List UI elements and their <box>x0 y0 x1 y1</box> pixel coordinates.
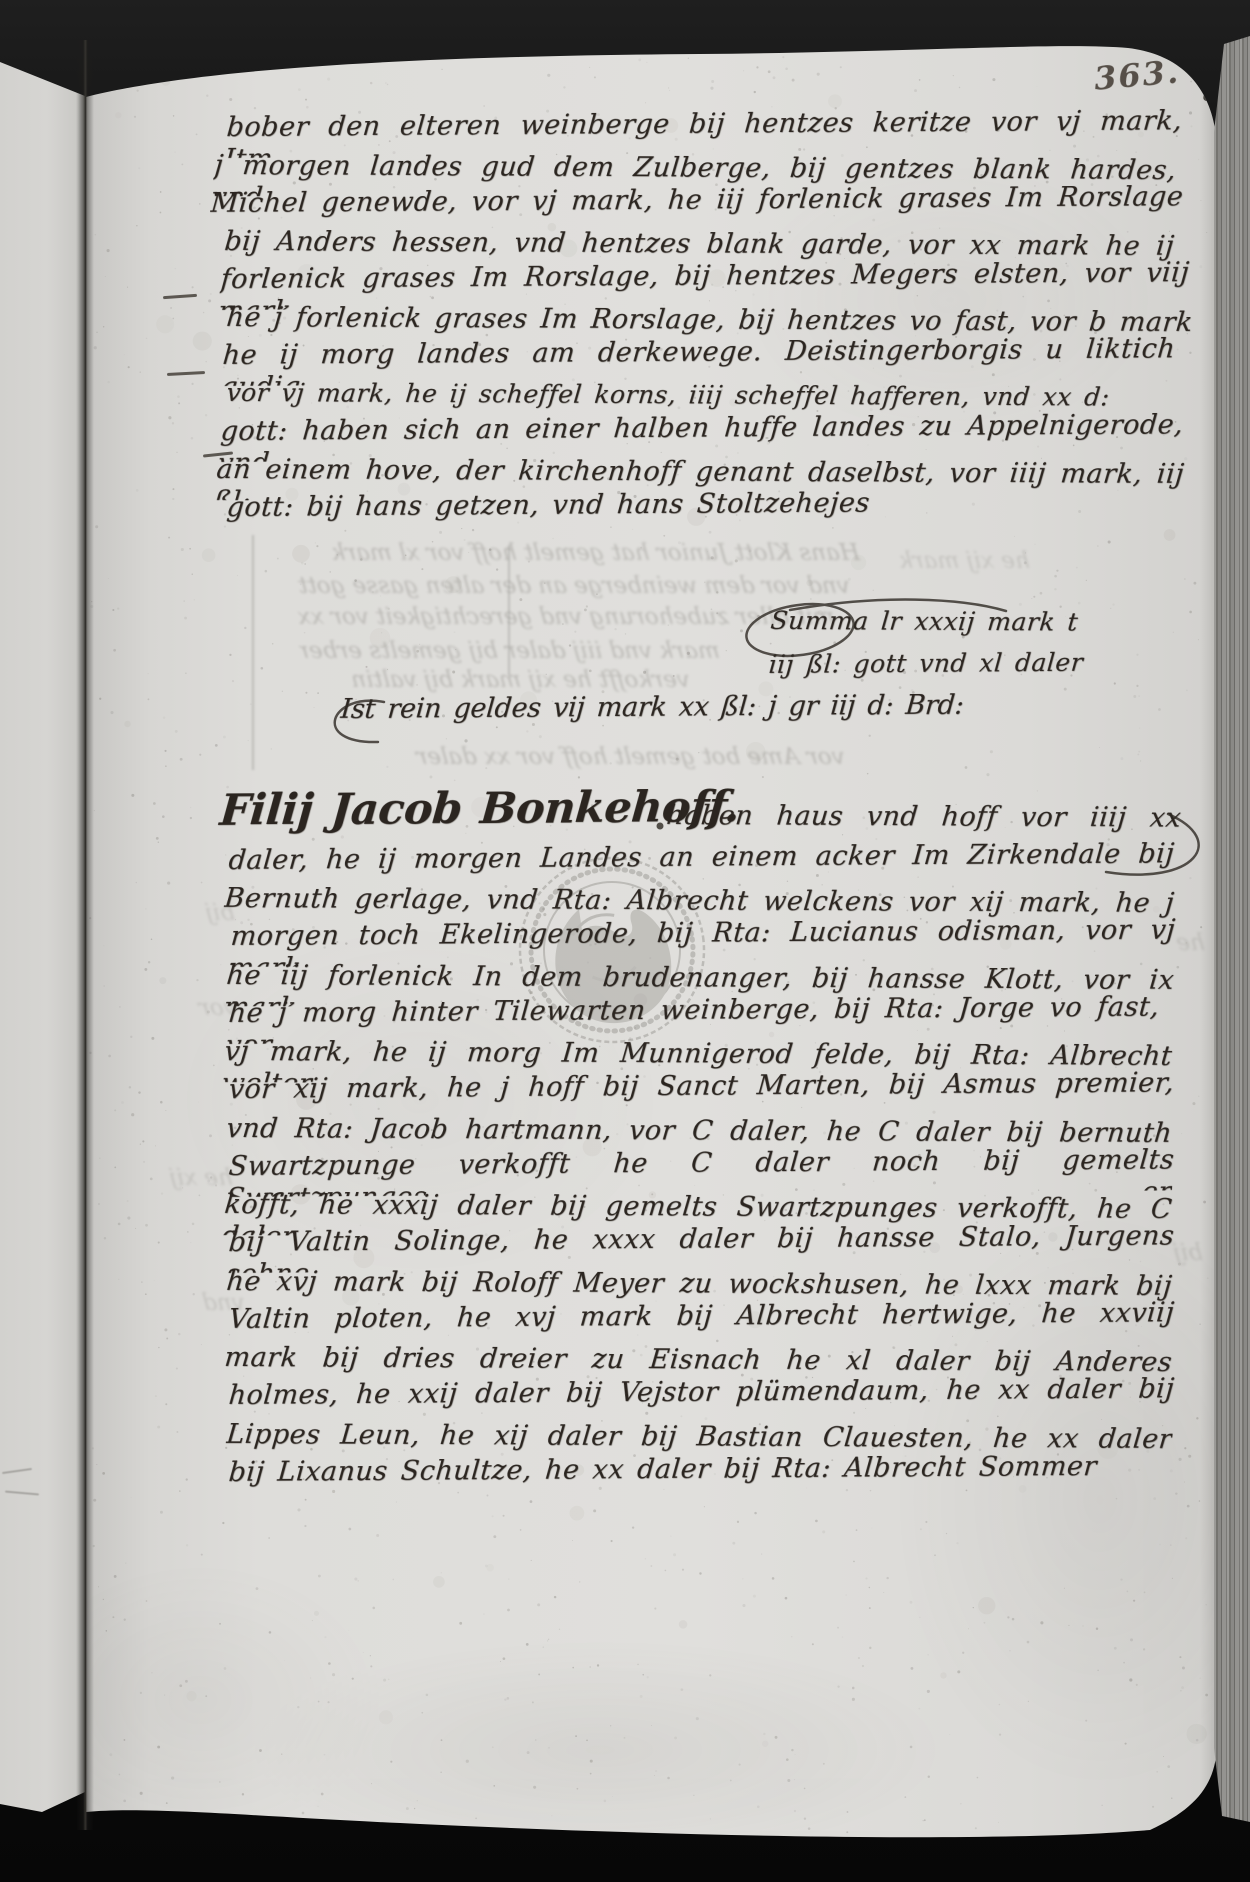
manuscript-line: bij Lixanus Schultze, he xx daler bij Rt… <box>227 1451 1098 1489</box>
bleedthrough-line: vnd vor dem weinberge an der alten gasse… <box>209 573 852 607</box>
summa-note-line: Summa lr xxxij mark t <box>769 606 1079 638</box>
manuscript-line: morgen toch Ekelingerode, bij Rta: Lucia… <box>228 914 1176 967</box>
bleedthrough-fragment: he xij mark <box>789 548 1032 582</box>
bleedthrough-fragment: he xij <box>137 1165 235 1199</box>
folio-number: 363. <box>1093 52 1182 97</box>
bleedthrough-line: vor Ame bot gemelt hoff vor xx daler <box>284 744 847 778</box>
manuscript-line: vor vj mark, he ij scheffel korns, iiij … <box>225 378 1027 412</box>
book-scan: Hans Klott Junior hat gemelt hoff vor xl… <box>0 0 1250 1882</box>
manuscript-line: holmes, he xxij daler bij Vejstor plümen… <box>226 1373 1175 1426</box>
summa-note-line: iij ßl: gott vnd xl daler <box>768 648 1085 680</box>
fore-edge-pages <box>1214 36 1250 1822</box>
binding-gutter-shadow <box>76 40 94 1830</box>
manuscript-line: he j forlenick grases Im Rorslage, bij h… <box>225 302 968 338</box>
bleedthrough-line: Hans Klott Junior hat gemelt hoff vor xl… <box>239 540 862 574</box>
manuscript-page: Hans Klott Junior hat gemelt hoff vor xl… <box>0 0 1250 1882</box>
facing-page-edge <box>0 0 85 1882</box>
manuscript-line: gott: bij hans getzen, vnd hans Stoltzeh… <box>225 488 871 525</box>
entry-heading: Filij Jacob Bonkehoff. <box>218 782 741 837</box>
manuscript-line: vor xij mark, he j hoff bij Sanct Marten… <box>226 1067 1175 1120</box>
manuscript-line: bij Valtin Solinge, he xxxx daler bij ha… <box>226 1220 1175 1273</box>
bleedthrough-line: mit aller zubehorung vnd gerechtigkeit v… <box>204 604 837 638</box>
ink-mark <box>1203 86 1212 102</box>
net-total-line: Ist rein geldes vij mark xx ßl: j gr iij… <box>339 690 964 727</box>
